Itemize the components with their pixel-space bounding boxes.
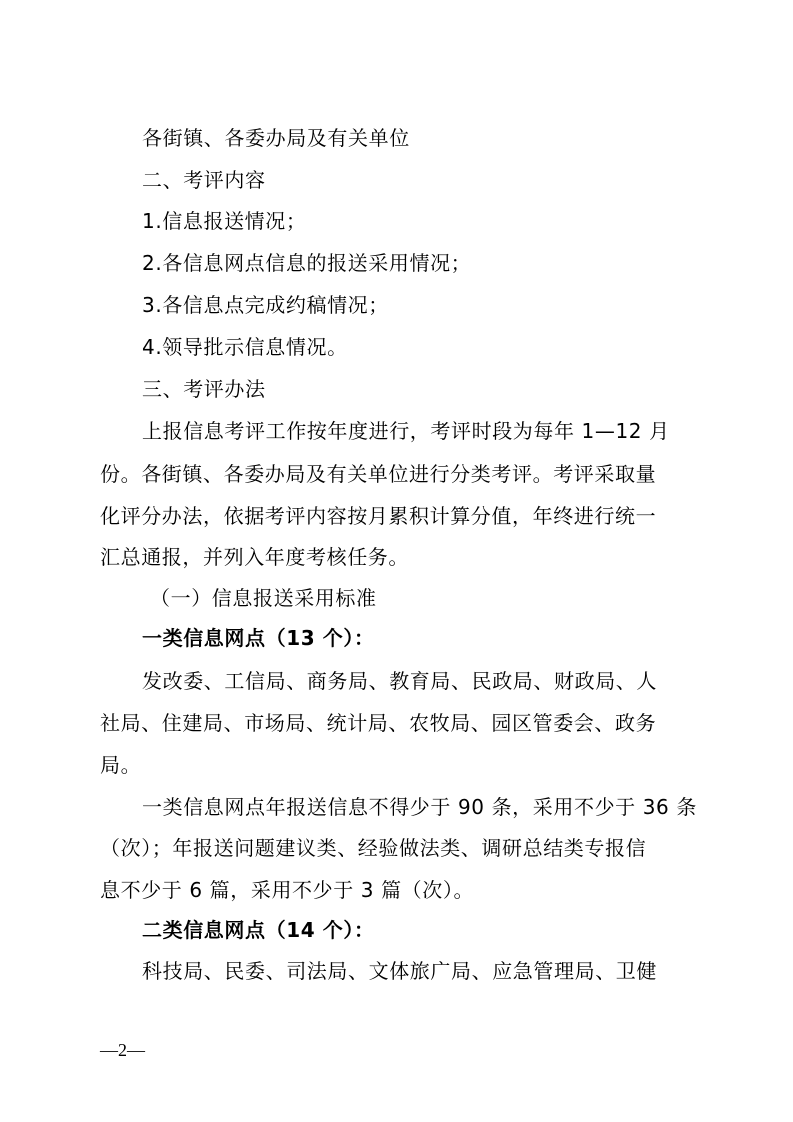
heading-section-2: 二、考评内容 [142,167,266,193]
list-item-2: 2.各信息网点信息的报送采用情况； [142,250,471,276]
paragraph-line: 发改委、工信局、商务局、教育局、民政局、财政局、人 [142,668,657,694]
list-item-4: 4.领导批示信息情况。 [142,334,348,360]
paragraph-line: 上报信息考评工作按年度进行，考评时段为每年 1—12 月 [142,418,670,444]
page-number: —2— [100,1040,145,1061]
list-item-1: 1.信息报送情况； [142,208,306,234]
heading-class-2: 二类信息网点（14 个）： [142,917,375,943]
paragraph-line: 化评分办法，依据考评内容按月累积计算分值，年终进行统一 [100,503,656,529]
paragraph-line: 汇总通报，并列入年度考核任务。 [100,544,409,570]
heading-class-1: 一类信息网点（13 个）： [142,625,375,651]
paragraph-recipients: 各街镇、各委办局及有关单位 [142,125,410,151]
paragraph-line: 息不少于 6 篇，采用不少于 3 篇（次）。 [100,877,474,903]
paragraph-line: 局。 [100,752,141,778]
heading-section-3: 三、考评办法 [142,376,266,402]
paragraph-line: 一类信息网点年报送信息不得少于 90 条，采用不少于 36 条 [142,794,697,820]
paragraph-line: 科技局、民委、司法局、文体旅广局、应急管理局、卫健 [142,958,657,984]
list-item-3: 3.各信息点完成约稿情况； [142,292,389,318]
paragraph-line: （次）；年报送问题建议类、经验做法类、调研总结类专报信 [100,835,646,861]
paragraph-line: 社局、住建局、市场局、统计局、农牧局、园区管委会、政务 [100,710,656,736]
subheading-standard: （一）信息报送采用标准 [150,585,377,611]
paragraph-line: 份。各街镇、各委办局及有关单位进行分类考评。考评采取量 [100,461,656,487]
